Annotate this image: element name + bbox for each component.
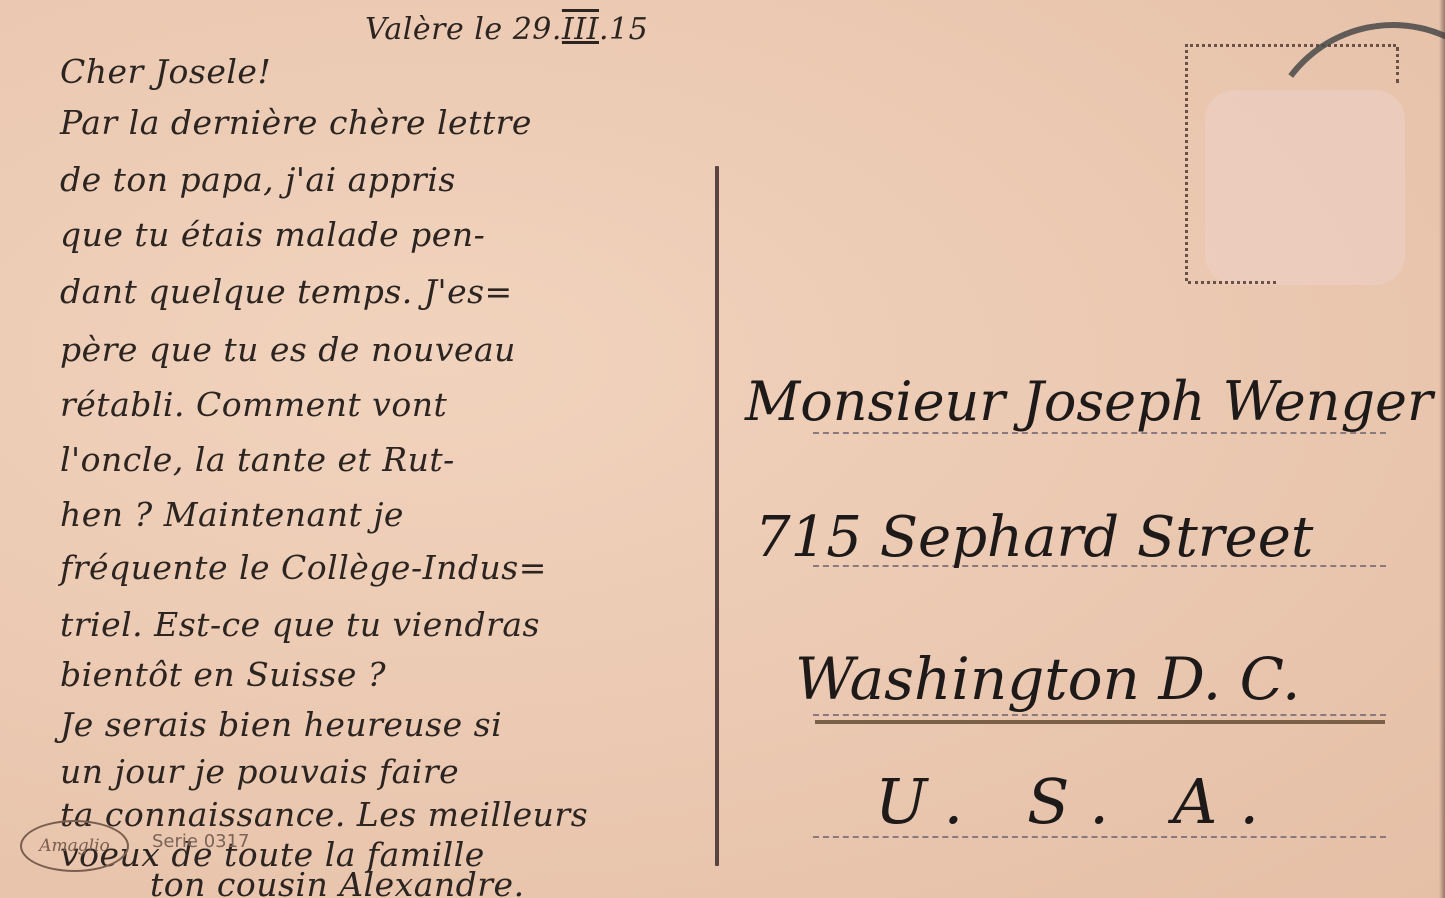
publisher-logo-text: Amaglio xyxy=(39,836,110,856)
recipient-name: Monsieur Joseph Wenger xyxy=(745,370,1433,433)
message-line: triel. Est-ce que tu viendras xyxy=(60,605,540,644)
message-line: Je serais bien heureuse si xyxy=(60,705,502,744)
date-line: Valère le 29.III.15 xyxy=(365,12,648,47)
date-month: III xyxy=(562,12,599,47)
message-greeting: Cher Josele! xyxy=(60,52,271,91)
message-line: père que tu es de nouveau xyxy=(60,330,516,369)
recipient-country: U. S. A. xyxy=(875,765,1281,838)
date-place: Valère xyxy=(365,12,464,47)
center-divider xyxy=(715,166,719,866)
message-line: Par la dernière chère lettre xyxy=(60,103,532,142)
date-year: .15 xyxy=(599,12,648,47)
message-line: un jour je pouvais faire xyxy=(60,752,459,791)
series-number: Serie 0317 xyxy=(152,831,250,852)
message-line: rétabli. Comment vont xyxy=(60,385,447,424)
message-line: que tu étais malade pen- xyxy=(60,215,485,254)
message-line: dant quelque temps. J'es= xyxy=(60,272,513,311)
date-prefix: le xyxy=(474,12,502,47)
message-line: hen ? Maintenant je xyxy=(60,495,404,534)
recipient-city: Washington D. C. xyxy=(795,645,1300,713)
city-underline xyxy=(815,720,1385,724)
message-line: ta connaissance. Les meilleurs xyxy=(60,795,588,834)
message-line: de ton papa, j'ai appris xyxy=(60,160,456,199)
postcard-back: Valère le 29.III.15 Cher Josele! Par la … xyxy=(0,0,1445,898)
message-signature: ton cousin Alexandre. xyxy=(150,865,525,898)
recipient-street: 715 Sephard Street xyxy=(755,505,1313,570)
message-line: l'oncle, la tante et Rut- xyxy=(60,440,455,479)
date-day: 29. xyxy=(513,12,562,47)
address-line-3 xyxy=(813,714,1386,716)
publisher-logo: Amaglio xyxy=(20,820,129,872)
message-line: fréquente le Collège-Indus= xyxy=(60,548,547,587)
message-line: bientôt en Suisse ? xyxy=(60,655,386,694)
